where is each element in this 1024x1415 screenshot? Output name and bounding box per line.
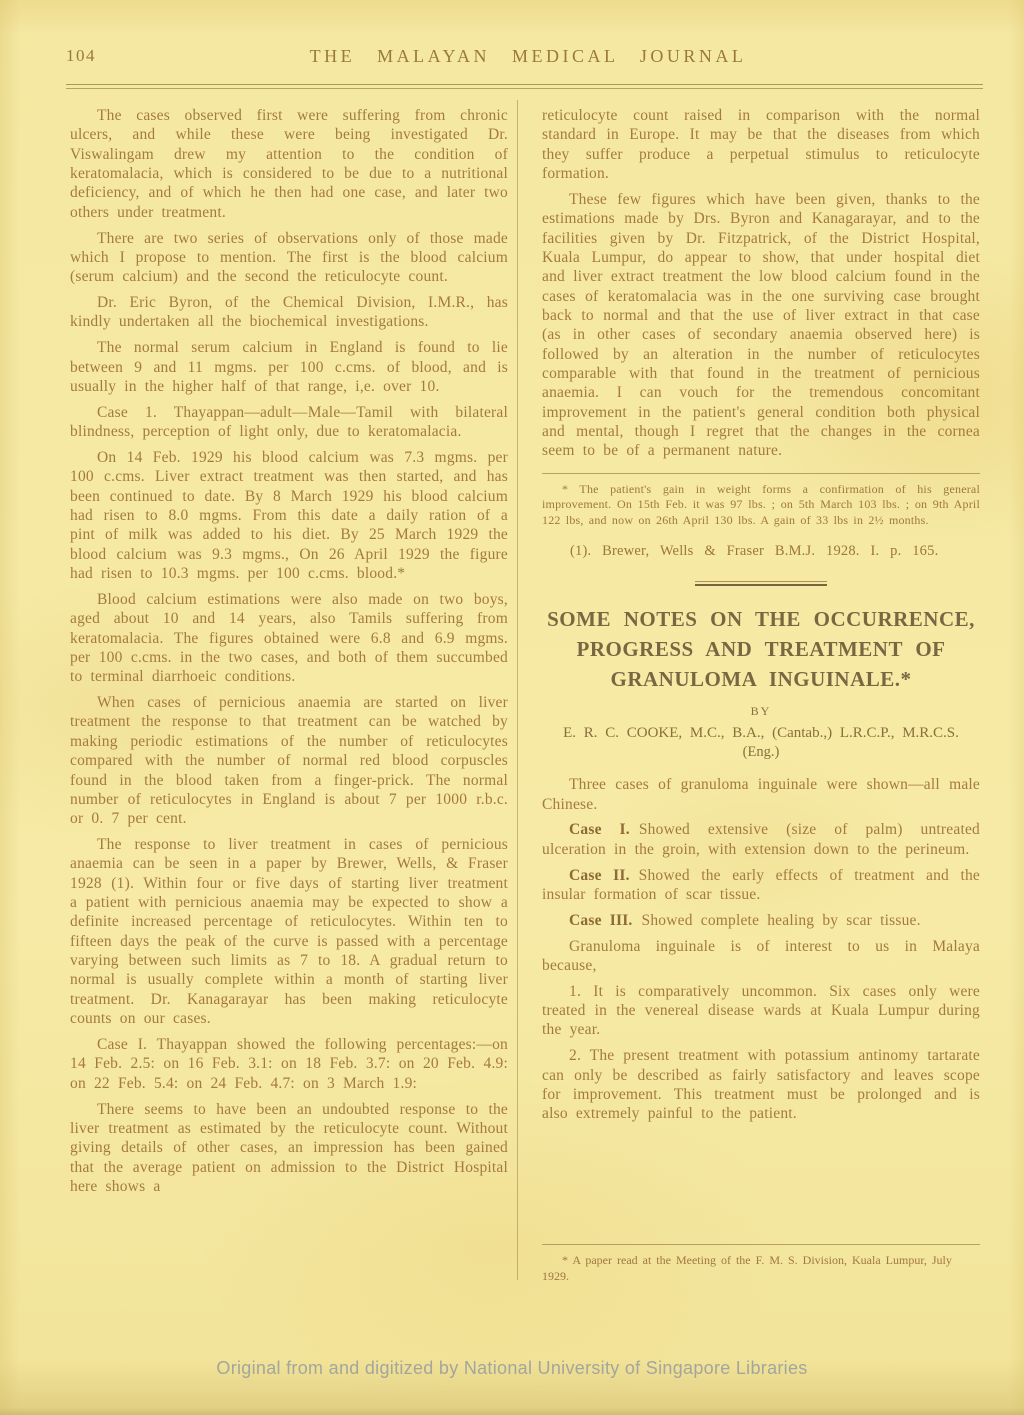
article-footnote: * A paper read at the Meeting of the F. … <box>542 1232 980 1288</box>
header-rule <box>66 84 983 89</box>
left-column: The cases observed first were suffering … <box>70 106 508 1203</box>
paragraph-text: Showed complete healing by scar tissue. <box>642 912 921 929</box>
author-degrees: (Eng.) <box>542 744 980 761</box>
article-paragraph: 1. It is comparatively uncommon. Six cas… <box>542 982 980 1040</box>
paragraph-text: Three cases of granuloma inguinale were … <box>542 776 980 812</box>
article-paragraph: Case II.Showed the early effects of trea… <box>542 866 980 905</box>
article-paragraph: 2. The present treatment with potassium … <box>542 1046 980 1123</box>
footnote-rule <box>542 473 980 474</box>
article-title-line: SOME NOTES ON THE OCCURRENCE, <box>542 604 980 634</box>
paragraph-text: 2. The present treatment with potassium … <box>542 1047 980 1122</box>
paragraph-lead: Case II. <box>569 867 630 884</box>
paragraph: Blood calcium estimations were also made… <box>70 590 508 687</box>
paragraph: Dr. Eric Byron, of the Chemical Division… <box>70 293 508 332</box>
footnote-rule <box>542 1244 980 1245</box>
article-paragraph: Three cases of granuloma inguinale were … <box>542 775 980 814</box>
paragraph: Case I. Thayappan showed the following p… <box>70 1035 508 1093</box>
article-title-line: PROGRESS AND TREATMENT OF <box>542 634 980 664</box>
paragraph: There seems to have been an undoubted re… <box>70 1100 508 1197</box>
paragraph: The response to liver treatment in cases… <box>70 835 508 1028</box>
footnote-paper-read: * A paper read at the Meeting of the F. … <box>542 1253 980 1284</box>
article-title: SOME NOTES ON THE OCCURRENCE, PROGRESS A… <box>542 604 980 694</box>
journal-title: THE MALAYAN MEDICAL JOURNAL <box>16 46 1024 67</box>
article-title-line: GRANULOMA INGUINALE.* <box>542 664 980 694</box>
paragraph: The normal serum calcium in England is f… <box>70 338 508 396</box>
reference-entry: (1). Brewer, Wells & Fraser B.M.J. 1928.… <box>542 542 980 561</box>
paragraph: Case 1. Thayappan—adult—Male—Tamil with … <box>70 403 508 442</box>
digitization-footer: Original from and digitized by National … <box>0 1358 1024 1379</box>
paragraph-lead: Case III. <box>569 912 633 929</box>
column-divider-rule <box>517 100 518 1280</box>
paragraph-text: 1. It is comparatively uncommon. Six cas… <box>542 983 980 1039</box>
byline-label: BY <box>542 704 980 719</box>
paragraph-text: Granuloma inguinale is of interest to us… <box>542 938 980 974</box>
right-column: reticulocyte count raised in comparison … <box>542 106 980 1130</box>
paragraph: These few figures which have been given,… <box>542 190 980 461</box>
article-paragraph: Case I.Showed extensive (size of palm) u… <box>542 820 980 859</box>
paragraph: On 14 Feb. 1929 his blood calcium was 7.… <box>70 448 508 583</box>
paragraph: There are two series of observations onl… <box>70 229 508 287</box>
paragraph: When cases of pernicious anaemia are sta… <box>70 693 508 828</box>
section-divider <box>695 581 827 586</box>
paragraph: The cases observed first were suffering … <box>70 106 508 222</box>
article-paragraph: Case III.Showed complete healing by scar… <box>542 911 980 930</box>
footnote-weight-gain: * The patient's gain in weight forms a c… <box>542 482 980 529</box>
paragraph: reticulocyte count raised in comparison … <box>542 106 980 183</box>
author-line: E. R. C. COOKE, M.C., B.A., (Cantab.,) L… <box>542 725 980 742</box>
article-paragraph: Granuloma inguinale is of interest to us… <box>542 937 980 976</box>
paragraph-lead: Case I. <box>569 821 630 838</box>
